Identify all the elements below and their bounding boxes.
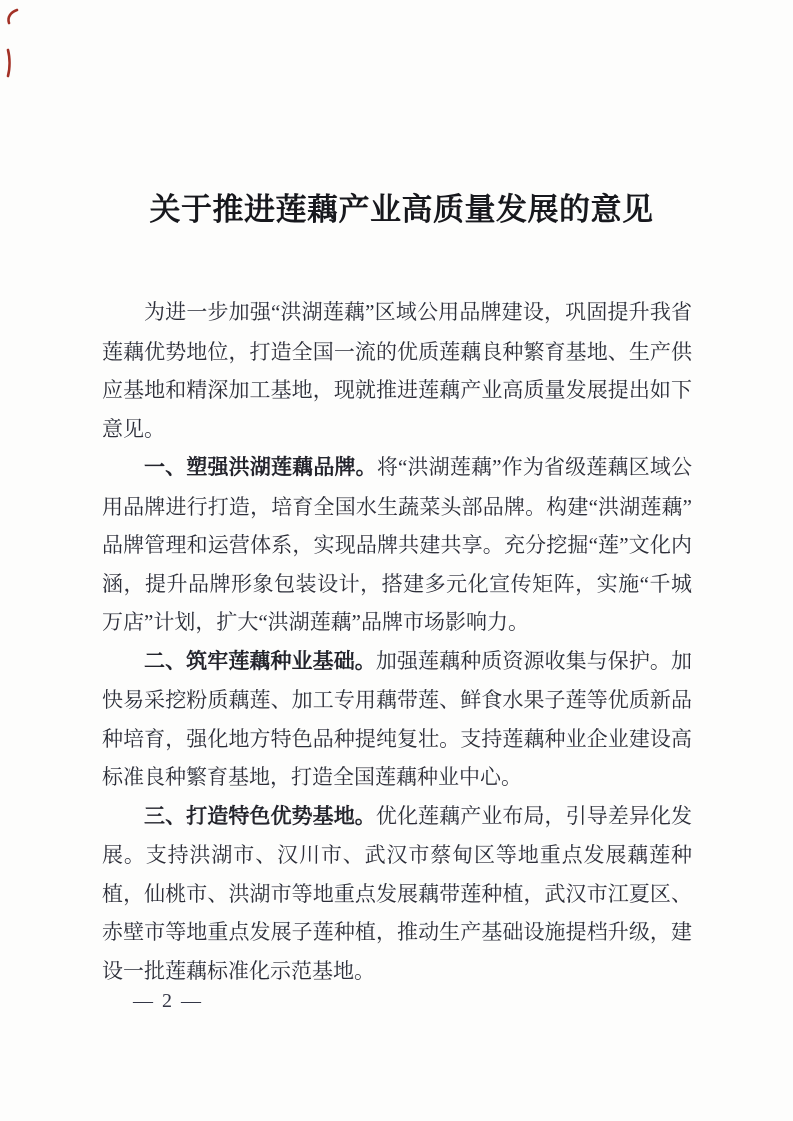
page-number: — 2 —: [133, 990, 203, 1013]
section-2-heading: 二、筑牢莲藕种业基础。: [144, 650, 376, 673]
document-page: 关于推进莲藕产业高质量发展的意见 为进一步加强“洪湖莲藕”区域公用品牌建设，巩固…: [0, 0, 793, 1121]
section-3-paragraph: 三、打造特色优势基地。优化莲藕产业布局，引导差异化发展。支持洪湖市、汉川市、武汉…: [102, 797, 692, 991]
red-scan-mark-top-icon: [8, 10, 17, 23]
paragraph-text: 将“洪湖莲藕”作为省级莲藕区域公用品牌进行打造，培育全国水生蔬菜头部品牌。构建“…: [102, 455, 692, 634]
section-1-paragraph: 一、塑强洪湖莲藕品牌。将“洪湖莲藕”作为省级莲藕区域公用品牌进行打造，培育全国水…: [102, 448, 692, 642]
paragraph-text: 为进一步加强“洪湖莲藕”区域公用品牌建设，巩固提升我省莲藕优势地位，打造全国一流…: [102, 300, 692, 441]
section-1-heading: 一、塑强洪湖莲藕品牌。: [144, 456, 377, 479]
section-2-paragraph: 二、筑牢莲藕种业基础。加强莲藕种质资源收集与保护。加快易采挖粉质藕莲、加工专用藕…: [102, 642, 692, 797]
red-scan-marks: [3, 6, 27, 86]
red-scan-mark-bottom-icon: [8, 50, 10, 76]
intro-paragraph: 为进一步加强“洪湖莲藕”区域公用品牌建设，巩固提升我省莲藕优势地位，打造全国一流…: [102, 293, 692, 448]
document-title: 关于推进莲藕产业高质量发展的意见: [5, 188, 793, 232]
document-body: 为进一步加强“洪湖莲藕”区域公用品牌建设，巩固提升我省莲藕优势地位，打造全国一流…: [102, 293, 692, 990]
paragraph-text: 优化莲藕产业布局，引导差异化发展。支持洪湖市、汉川市、武汉市蔡甸区等地重点发展藕…: [102, 804, 692, 983]
section-3-heading: 三、打造特色优势基地。: [144, 805, 376, 828]
